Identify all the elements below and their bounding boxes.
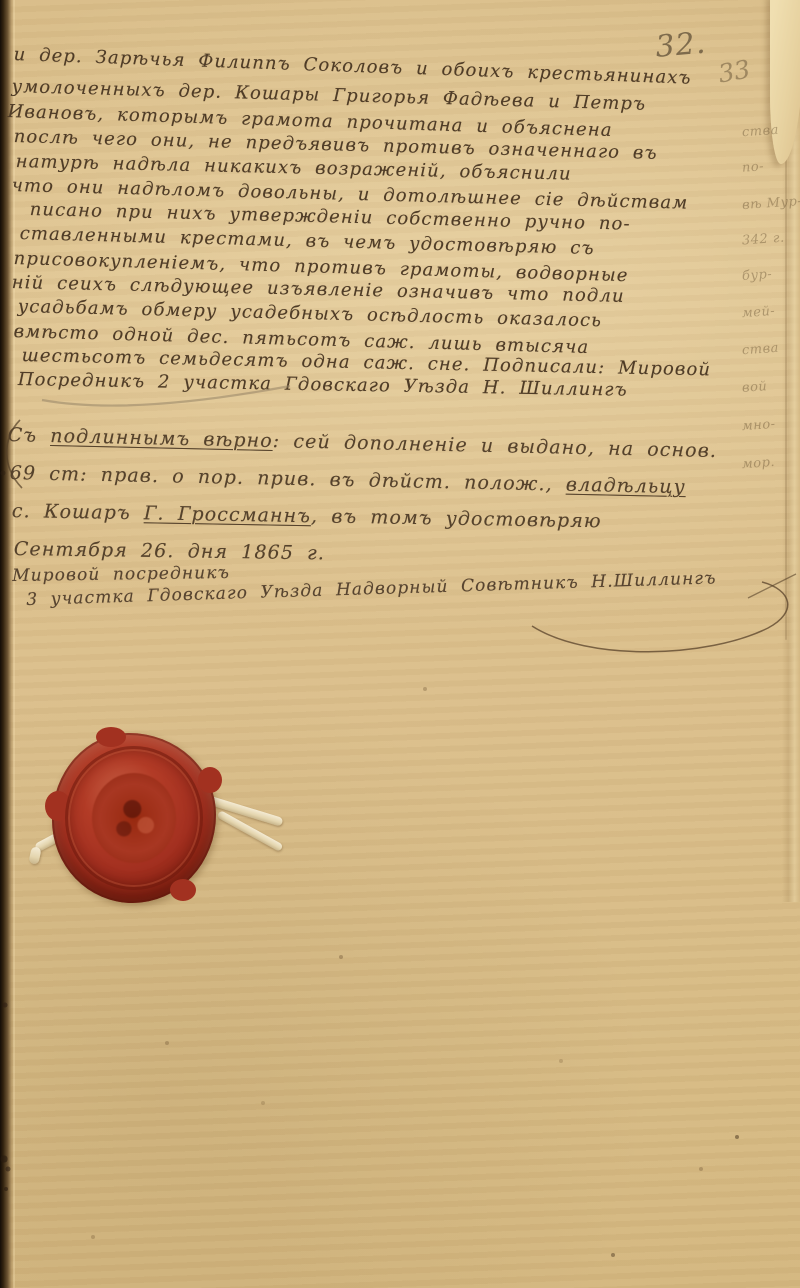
margin-fragment: мор.	[742, 455, 776, 472]
certification-text: с. Кошаръ	[12, 500, 144, 524]
signature-title: Мировой посредникъ	[12, 563, 230, 586]
seal-wax-bump	[96, 727, 126, 747]
certification-text: Съ	[8, 424, 51, 447]
date-line: Сентября 26. дня 1865 г.	[14, 538, 325, 564]
margin-fragment: по-	[742, 159, 765, 176]
seal-wax-bump	[198, 767, 222, 793]
seal-emblem	[92, 773, 176, 863]
underlined-phrase: владѣльцу	[566, 474, 686, 499]
margin-fragment: вой	[742, 379, 768, 396]
seal-wax-bump	[170, 879, 196, 901]
margin-fragment: бур-	[742, 267, 773, 284]
paper-specks	[0, 0, 2, 2]
margin-fragment: ства	[742, 123, 780, 141]
folio-number: 32.	[654, 26, 708, 65]
margin-fragment: мей-	[742, 304, 776, 321]
margin-fragment: 342 г.	[742, 231, 786, 249]
underlined-phrase: Г. Гроссманнъ	[144, 502, 312, 527]
margin-fragment: ства	[742, 341, 780, 359]
margin-fragment: мно-	[742, 417, 777, 434]
folio-number-secondary: 33	[716, 54, 752, 88]
manuscript-scan: 32. 33 и дер. Зарѣчья Филиппъ Соколовъ и…	[0, 0, 800, 1288]
